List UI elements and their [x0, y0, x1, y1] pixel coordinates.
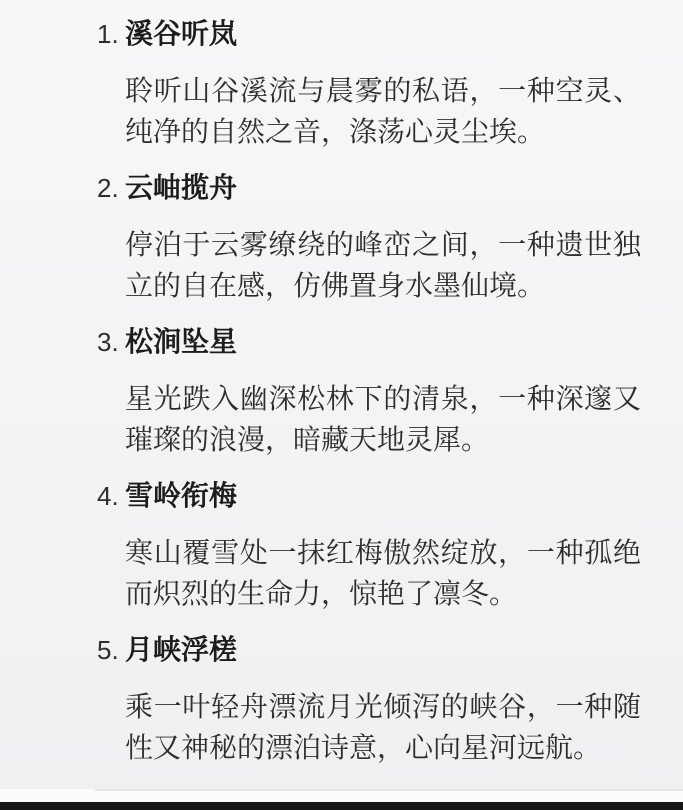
item-description: 聆听山谷溪流与晨雾的私语，一种空灵、纯净的自然之音，涤荡心灵尘埃。: [125, 70, 641, 152]
bottom-black-bar: [0, 802, 683, 810]
item-description: 寒山覆雪处一抹红梅傲然绽放，一种孤绝而炽烈的生命力，惊艳了凛冬。: [125, 532, 641, 614]
item-number: 2.: [97, 172, 125, 204]
item-header: 1. 溪谷听岚: [97, 18, 665, 50]
list-item: 4. 雪岭衔梅 寒山覆雪处一抹红梅傲然绽放，一种孤绝而炽烈的生命力，惊艳了凛冬。: [97, 480, 665, 614]
item-title: 云岫揽舟: [125, 172, 237, 204]
item-number: 3.: [97, 326, 125, 358]
item-title: 雪岭衔梅: [125, 480, 237, 512]
poetic-names-list: 1. 溪谷听岚 聆听山谷溪流与晨雾的私语，一种空灵、纯净的自然之音，涤荡心灵尘埃…: [0, 0, 683, 768]
item-description: 乘一叶轻舟漂流月光倾泻的峡谷，一种随性又神秘的漂泊诗意，心向星河远航。: [125, 686, 641, 768]
item-number: 5.: [97, 634, 125, 666]
item-title: 月峡浮槎: [125, 634, 237, 666]
item-header: 2. 云岫揽舟: [97, 172, 665, 204]
item-header: 5. 月峡浮槎: [97, 634, 665, 666]
item-description: 星光跌入幽深松林下的清泉，一种深邃又璀璨的浪漫，暗藏天地灵犀。: [125, 378, 641, 460]
item-title: 溪谷听岚: [125, 18, 237, 50]
bottom-divider-line: [95, 789, 683, 791]
item-number: 1.: [97, 18, 125, 50]
item-header: 4. 雪岭衔梅: [97, 480, 665, 512]
list-item: 2. 云岫揽舟 停泊于云雾缭绕的峰峦之间，一种遗世独立的自在感，仿佛置身水墨仙境…: [97, 172, 665, 306]
list-item: 5. 月峡浮槎 乘一叶轻舟漂流月光倾泻的峡谷，一种随性又神秘的漂泊诗意，心向星河…: [97, 634, 665, 768]
list-item: 1. 溪谷听岚 聆听山谷溪流与晨雾的私语，一种空灵、纯净的自然之音，涤荡心灵尘埃…: [97, 18, 665, 152]
item-header: 3. 松涧坠星: [97, 326, 665, 358]
item-title: 松涧坠星: [125, 326, 237, 358]
list-item: 3. 松涧坠星 星光跌入幽深松林下的清泉，一种深邃又璀璨的浪漫，暗藏天地灵犀。: [97, 326, 665, 460]
bottom-light-strip: [0, 789, 683, 802]
item-description: 停泊于云雾缭绕的峰峦之间，一种遗世独立的自在感，仿佛置身水墨仙境。: [125, 224, 641, 306]
item-number: 4.: [97, 480, 125, 512]
